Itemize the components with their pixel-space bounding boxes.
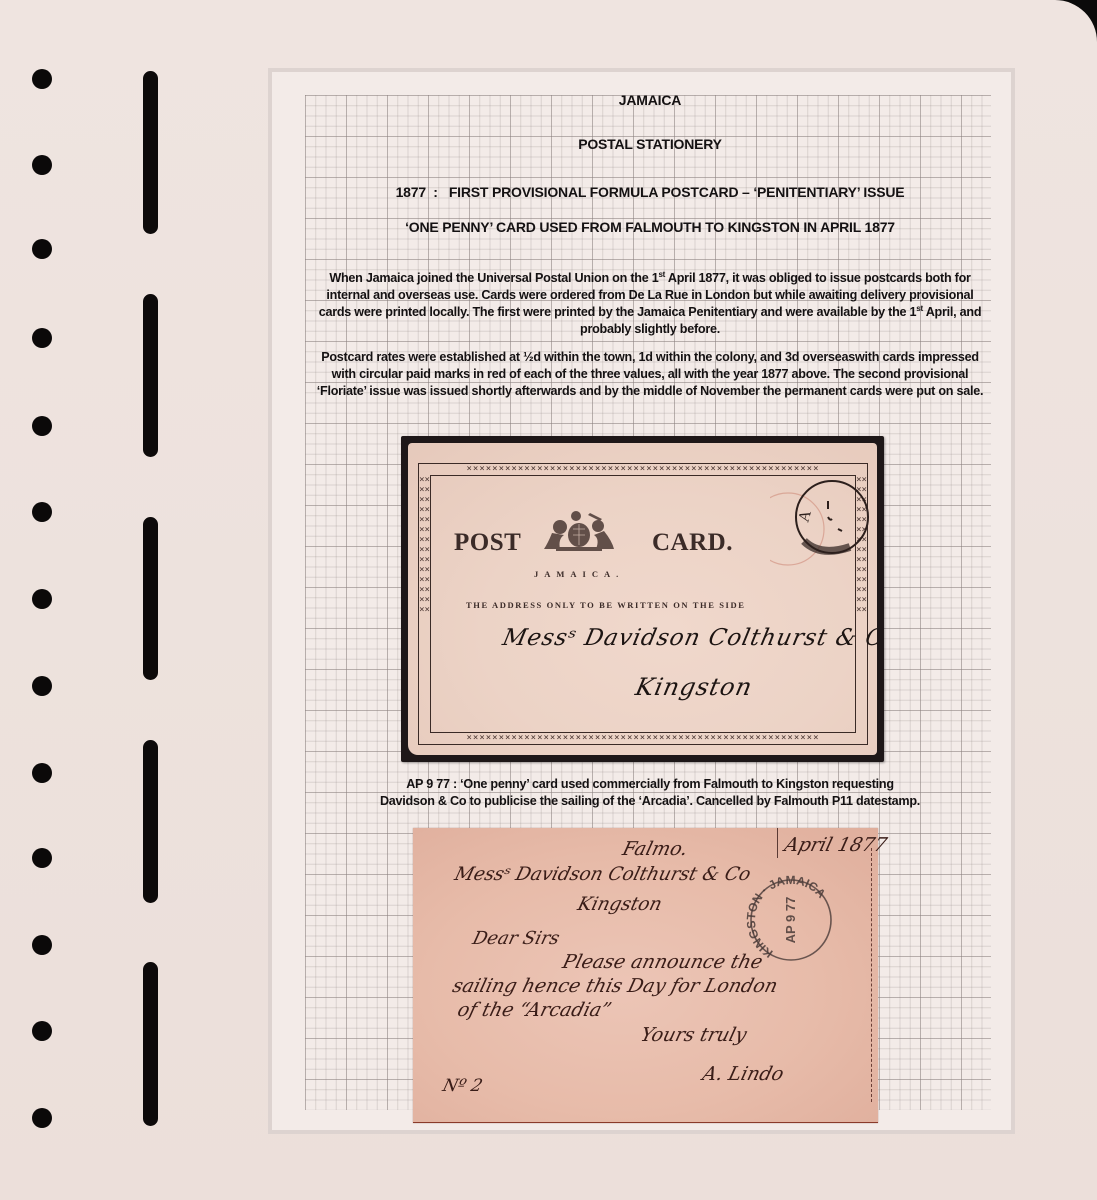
handwritten-message-1: Please announce the [560, 951, 765, 973]
kingston-datestamp-icon: KINGSTON · JAMAICA AP 9 77 [741, 870, 841, 970]
binder-slot [143, 517, 158, 680]
album-page: JAMAICA POSTAL STATIONERY 1877 : FIRST P… [0, 0, 1097, 1200]
binder-hole [32, 502, 52, 522]
card-word: CARD. [652, 529, 733, 557]
date-divider [777, 828, 778, 858]
binder-hole [32, 763, 52, 783]
post-word: POST [454, 529, 521, 557]
ordinal-suffix: st [916, 304, 923, 313]
handwritten-message-2: sailing hence this Day for London [450, 975, 780, 997]
jamaica-imprint: JAMAICA. [534, 569, 624, 579]
intro-paragraph: When Jamaica joined the Universal Postal… [300, 270, 1000, 338]
section-heading: POSTAL STATIONERY [300, 136, 1000, 152]
item-title: ‘ONE PENNY’ CARD USED FROM FALMOUTH TO K… [300, 219, 1000, 235]
handwritten-city: Kingston [575, 894, 664, 915]
handwritten-closing: Yours truly [638, 1024, 749, 1046]
issue-title: 1877 : FIRST PROVISIONAL FORMULA POSTCAR… [300, 184, 1000, 200]
binder-hole [32, 676, 52, 696]
falmouth-datestamp-icon: A [770, 471, 870, 571]
handwritten-city: Kingston [633, 673, 755, 701]
binder-hole [32, 155, 52, 175]
binder-hole [32, 848, 52, 868]
rates-paragraph: Postcard rates were established at ½d wi… [300, 349, 1000, 400]
binder-hole [32, 69, 52, 89]
royal-coat-of-arms-icon [540, 509, 618, 553]
country-heading: JAMAICA [300, 92, 1000, 108]
handwritten-message-3: of the “Arcadia” [455, 999, 613, 1021]
svg-text:A: A [795, 508, 815, 524]
binder-hole [32, 1108, 52, 1128]
card-caption-line-2: Davidson & Co to publicise the sailing o… [300, 793, 1000, 810]
svg-text:AP 9 77: AP 9 77 [783, 897, 798, 944]
handwritten-note: Nº 2 [441, 1076, 485, 1096]
binder-slot [143, 740, 158, 903]
binder-slot [143, 294, 158, 457]
binder-hole [32, 328, 52, 348]
binder-hole [32, 935, 52, 955]
binder-hole [32, 416, 52, 436]
handwritten-date: April 1877 [782, 834, 889, 856]
handwritten-signature: A. Lindo [700, 1063, 786, 1085]
binder-hole [32, 589, 52, 609]
address-instruction: THE ADDRESS ONLY TO BE WRITTEN ON THE SI… [466, 600, 745, 610]
handwritten-salutation: Dear Sirs [470, 928, 561, 949]
binder-slot [143, 71, 158, 234]
intro-text-1: When Jamaica joined the Universal Postal… [329, 271, 658, 285]
binder-hole [32, 1021, 52, 1041]
postcard-reverse: Falmo. April 1877 Messˢ Davidson Colthur… [413, 828, 878, 1123]
handwritten-addressee: Messˢ Davidson Colthurst & Co [500, 625, 877, 651]
binder-hole [32, 239, 52, 259]
handwritten-addressee: Messˢ Davidson Colthurst & Co [452, 864, 753, 885]
postcard-front: ××××××××××××××××××××××××××××××××××××××××… [408, 443, 877, 755]
card-caption-line-1: AP 9 77 : ‘One penny’ card used commerci… [300, 776, 1000, 793]
binder-slot [143, 962, 158, 1126]
border-pattern-bottom: ××××××××××××××××××××××××××××××××××××××××… [419, 733, 867, 744]
perforated-edge [871, 848, 872, 1102]
handwritten-place: Falmo. [620, 838, 690, 860]
border-pattern-left: ×××××××××××××××××××××××××××× [419, 475, 430, 733]
